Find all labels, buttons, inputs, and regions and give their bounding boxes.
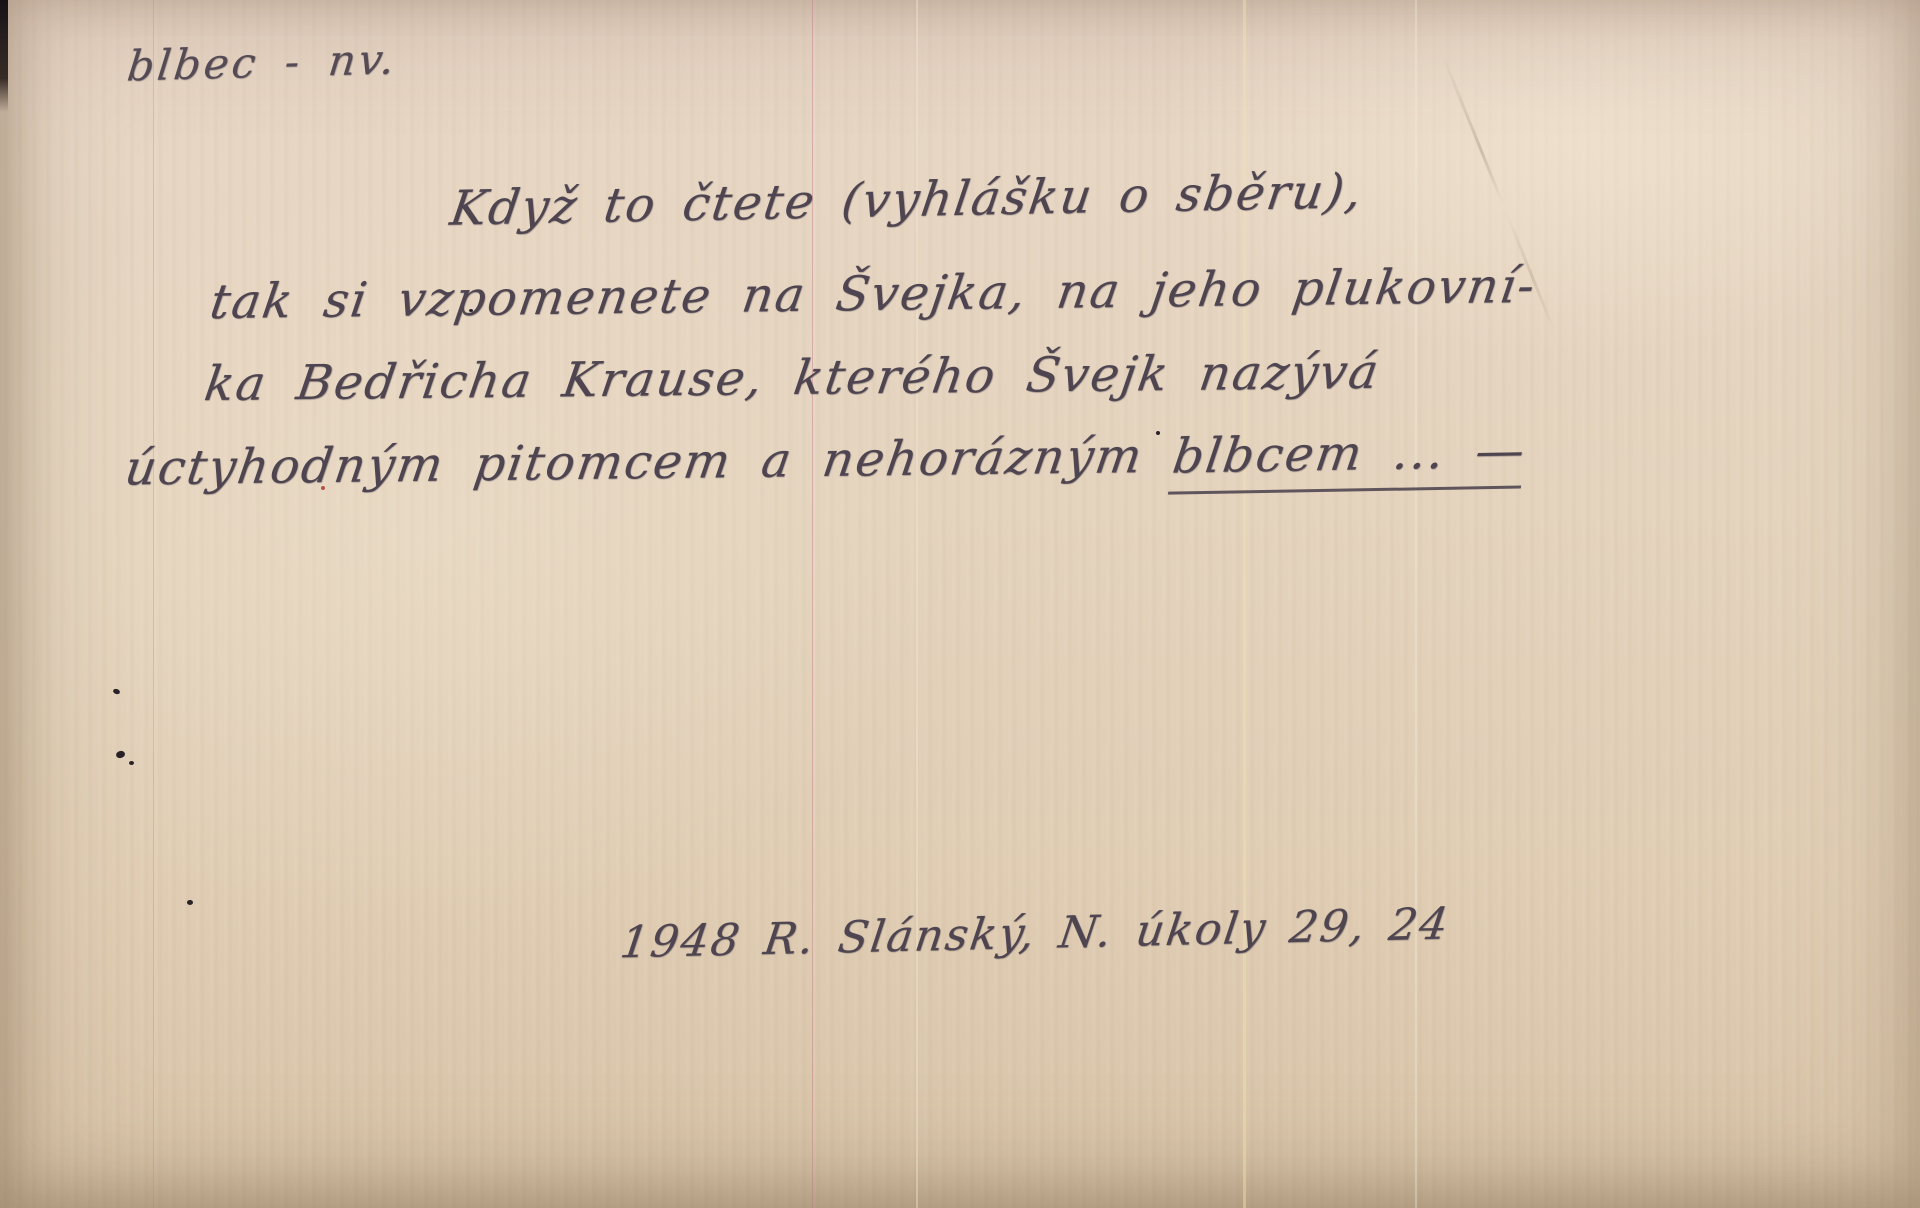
paper-fiber-line (153, 0, 154, 1208)
handwritten-line-1: Když to čtete (vyhlášku o sběru), (447, 163, 1367, 236)
scan-edge-mark (0, 0, 8, 112)
handwritten-line-4: úctyhodným pitomcem a nehorázným blbcem … (120, 423, 1530, 506)
handwritten-line-3: ka Bedřicha Krause, kterého Švejk nazývá (201, 344, 1384, 412)
paper-fiber-line (1415, 0, 1417, 1208)
ink-speck (187, 900, 193, 905)
ink-speck (115, 750, 126, 759)
underlined-word: blbcem ... — (1168, 423, 1530, 495)
handwritten-line-4-text: úctyhodným pitomcem a nehorázným (121, 428, 1177, 497)
handwritten-line-2: tak si vzpomenete na Švejka, na jeho plu… (207, 258, 1540, 330)
signature-line: 1948 R. Slánský, N. úkoly 29, 24 (617, 899, 1453, 969)
ink-speck (129, 761, 134, 765)
margin-annotation: blbec - nv. (125, 34, 400, 90)
document-page: blbec - nv. Když to čtete (vyhlášku o sb… (0, 0, 1920, 1208)
ink-speck (112, 688, 120, 695)
